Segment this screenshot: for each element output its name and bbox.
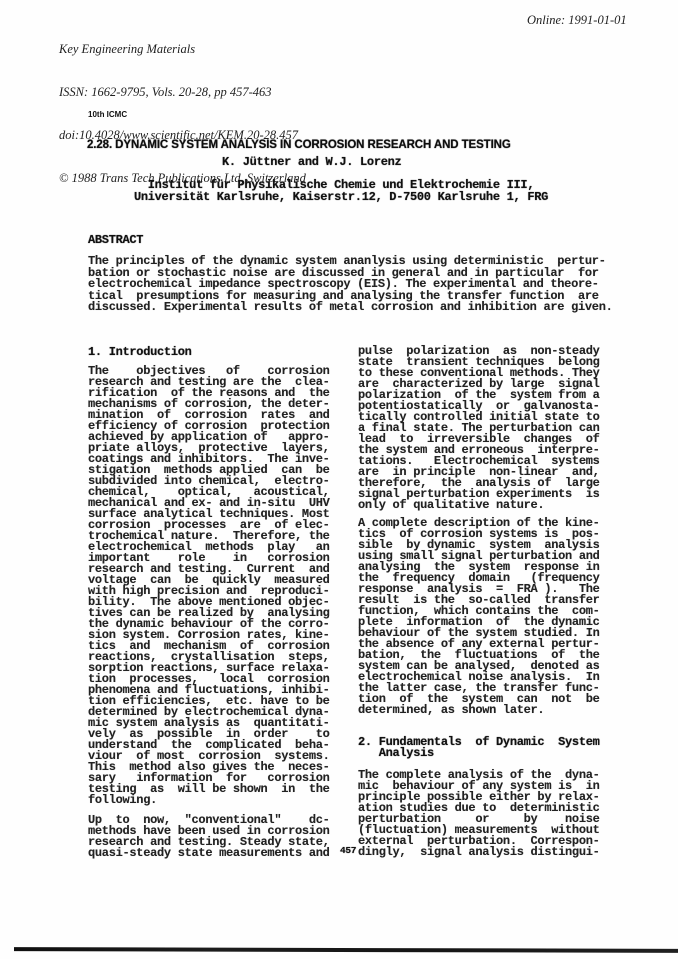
introduction-paragraph-2: Up to now, "conventional" dc- methods ha… <box>88 815 330 859</box>
introduction-paragraph-1: The objectives of corrosion research and… <box>88 366 330 806</box>
paper-title: 2.28. DYNAMIC SYSTEM ANALYSIS IN CORROSI… <box>87 139 511 151</box>
journal-title: Key Engineering Materials <box>59 42 306 56</box>
affiliation: Institut für Physikalische Chemie und El… <box>85 180 597 203</box>
journal-issn-line: ISSN: 1662-9795, Vols. 20-28, pp 457-463 <box>59 85 306 99</box>
right-column-paragraph-2: A complete description of the kine- tics… <box>358 518 600 716</box>
abstract-text: The principles of the dynamic system ana… <box>88 256 613 314</box>
section-1-heading: 1. Introduction <box>88 347 192 358</box>
section-2-heading: 2. Fundamentals of Dynamic System Analys… <box>358 737 600 759</box>
scan-edge-artifact <box>14 947 678 953</box>
online-date: Online: 1991-01-01 <box>527 13 627 27</box>
authors-line: K. Jüttner and W.J. Lorenz <box>222 157 401 168</box>
right-column-paragraph-3: The complete analysis of the dyna- mic b… <box>358 770 600 858</box>
page-number: 457 <box>340 845 356 856</box>
abstract-heading: ABSTRACT <box>88 235 143 246</box>
right-column-paragraph-1: pulse polarization as non-steady state t… <box>358 346 600 511</box>
scanned-paper-page: Key Engineering Materials ISSN: 1662-979… <box>0 0 678 959</box>
conference-tag: 10th ICMC <box>88 110 127 119</box>
